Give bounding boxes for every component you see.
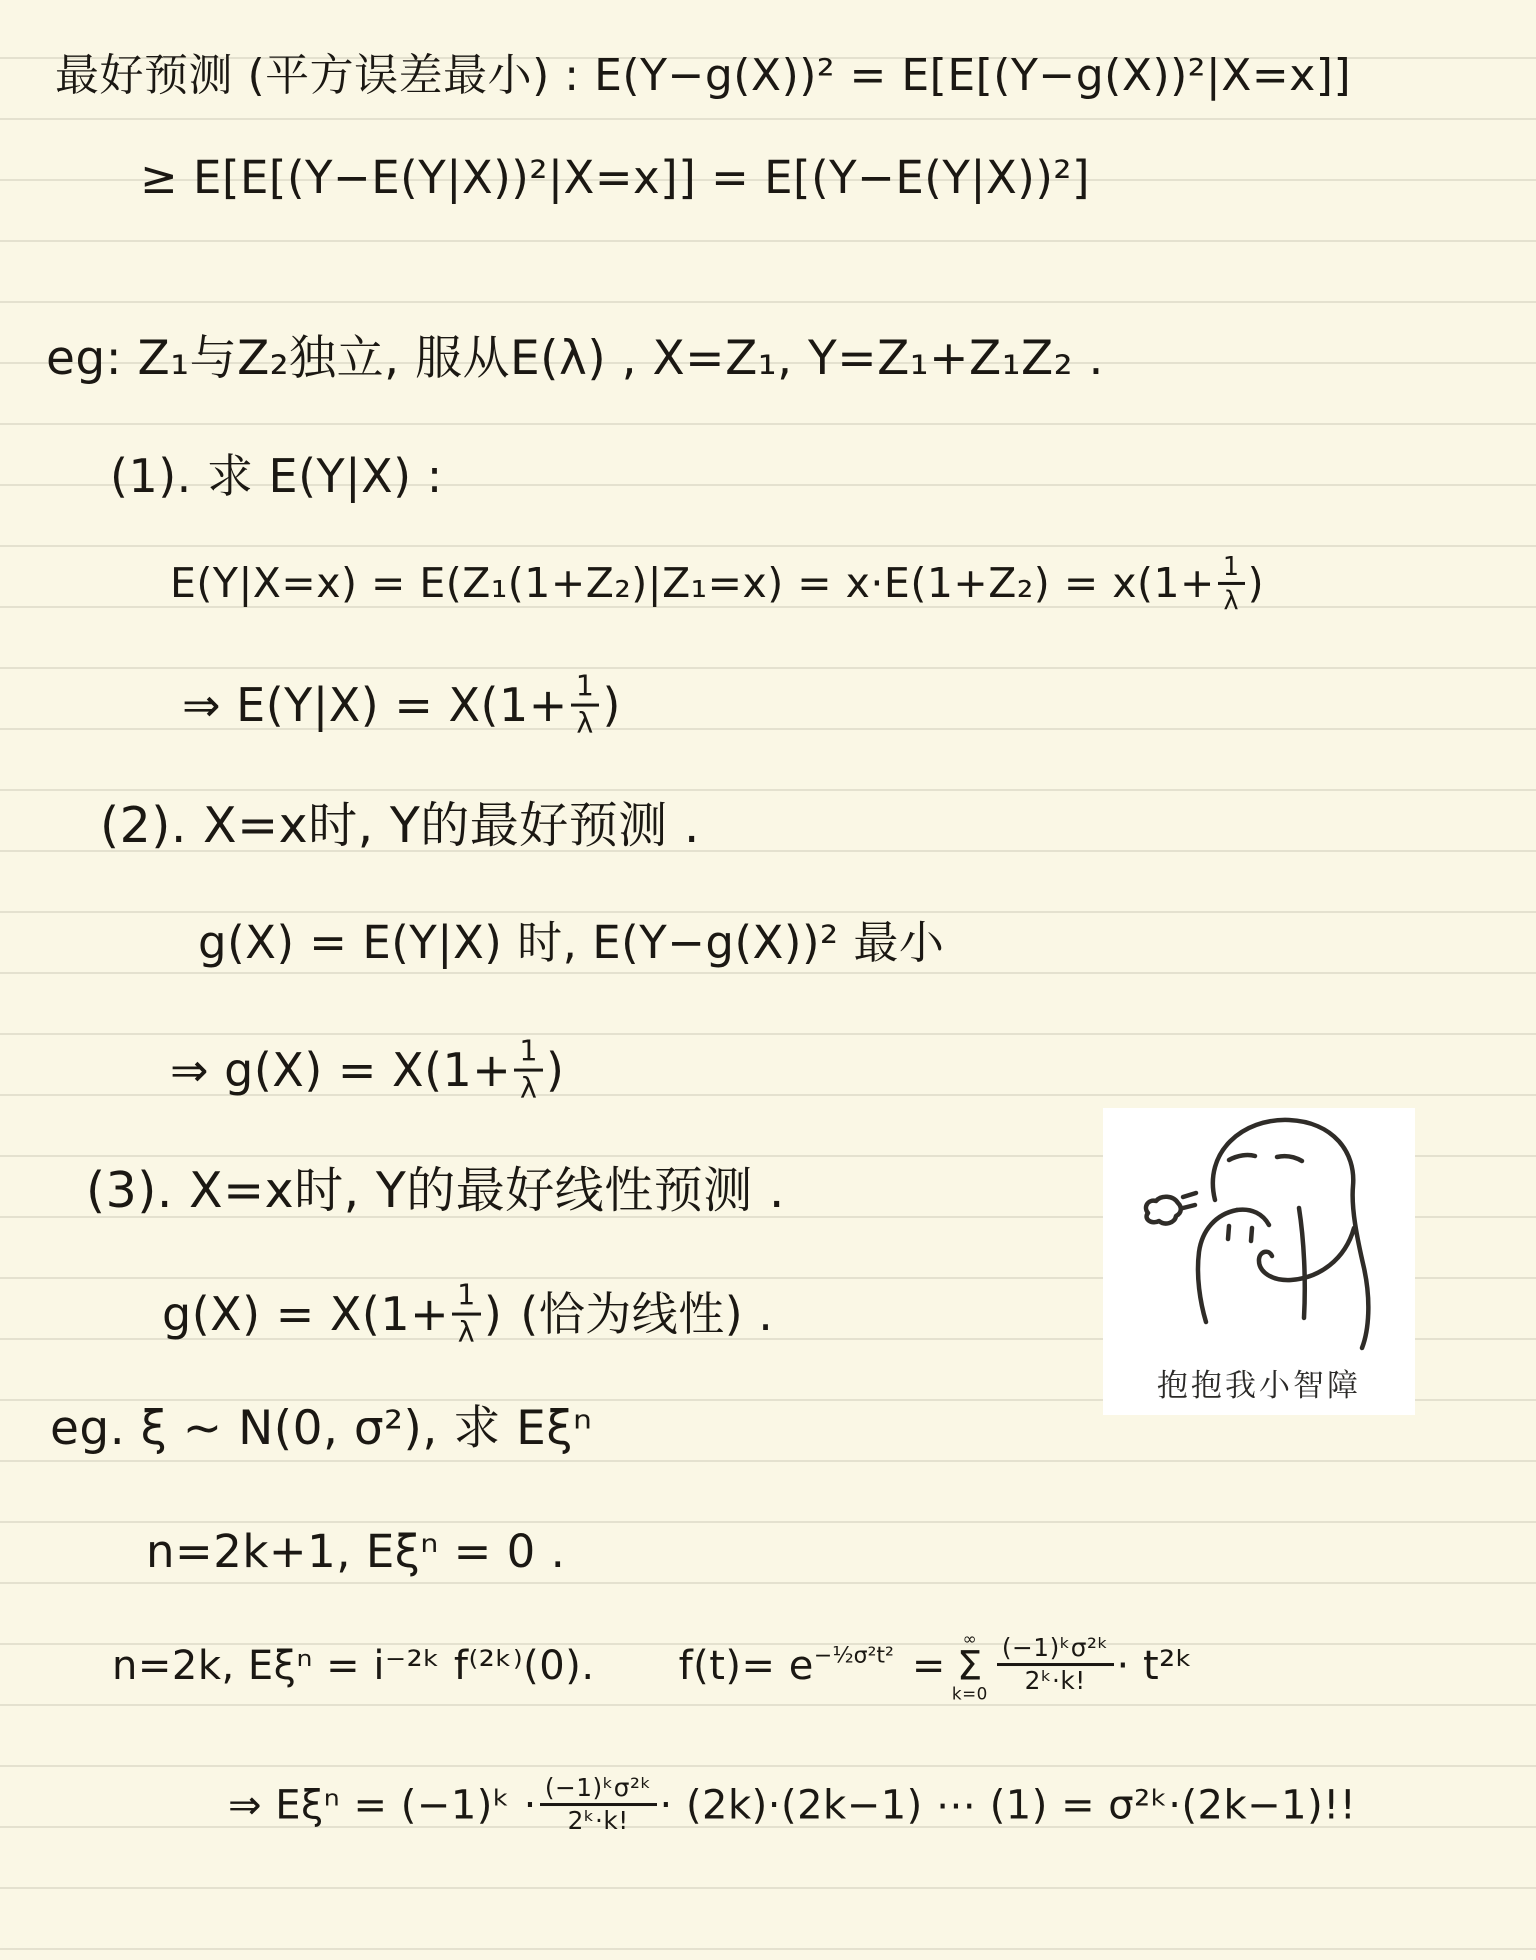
- big-blob-outline: [1213, 1120, 1369, 1348]
- fraction-numerator: (−1)ᵏσ²ᵏ: [997, 1635, 1114, 1666]
- formula-text: ): [1248, 559, 1265, 607]
- final-result-line: ⇒ Eξⁿ = (−1)ᵏ ·(−1)ᵏσ²ᵏ2ᵏ·k!· (2k)·(2k−1…: [228, 1778, 1356, 1837]
- fraction-numerator: 1: [452, 1281, 481, 1316]
- formula-text: ): [546, 1043, 564, 1097]
- hug-sticker: 抱抱我小智障: [1103, 1108, 1415, 1415]
- small-blob-head-top: [1237, 1210, 1269, 1225]
- fraction-one-over-lambda: 1λ: [1218, 553, 1245, 613]
- formula-text: f(t)= e: [679, 1643, 814, 1689]
- inequality-line: ≥ E[E[(Y−E(Y|X))²|X=x]] = E[(Y−E(Y|X))²]: [140, 150, 1090, 206]
- fraction-denominator: λ: [1223, 585, 1239, 614]
- formula-text: ): [484, 1287, 502, 1341]
- fraction-denominator: λ: [458, 1316, 475, 1348]
- formula-text: (1). 求 E(Y|X) :: [110, 449, 443, 503]
- series-term-fraction: (−1)ᵏσ²ᵏ2ᵏ·k!: [997, 1635, 1114, 1694]
- fraction-numerator: 1: [1218, 553, 1245, 585]
- formula-text: (3). X=x时, Y的最好线性预测 .: [86, 1162, 785, 1219]
- part2-heading: (2). X=x时, Y的最好预测 .: [100, 795, 700, 856]
- series-term-fraction: (−1)ᵏσ²ᵏ2ᵏ·k!: [540, 1775, 657, 1834]
- formula-text: g(X) = X(1+: [162, 1287, 449, 1341]
- part3-heading: (3). X=x时, Y的最好线性预测 .: [86, 1160, 785, 1221]
- small-blob-left-eye: [1228, 1226, 1229, 1239]
- formula-text: ⇒ E(Y|X) = X(1+: [182, 678, 568, 732]
- formula-text: ⇒ g(X) = X(1+: [170, 1043, 511, 1097]
- formula-text: ≥ E[E[(Y−E(Y|X))²|X=x]] = E[(Y−E(Y|X))²]: [140, 151, 1090, 204]
- fraction-one-over-lambda: 1λ: [514, 1037, 543, 1104]
- example2-setup-line: eg. ξ ~ N(0, σ²), 求 Eξⁿ: [50, 1400, 592, 1459]
- example1-setup-line: eg: Z₁与Z₂独立, 服从E(λ) , X=Z₁, Y=Z₁+Z₁Z₂ .: [46, 330, 1104, 389]
- fraction-denominator: λ: [520, 1072, 537, 1104]
- formula-text: n=2k+1, Eξⁿ = 0 .: [146, 1525, 565, 1578]
- title-formula-line: 最好预测 (平方误差最小) : E(Y−g(X))² = E[E[(Y−g(X)…: [55, 48, 1351, 103]
- fraction-denominator: λ: [576, 707, 593, 739]
- formula-text: g(X) = E(Y|X) 时, E(Y−g(X))² 最小: [198, 916, 944, 969]
- summation-lower-limit: k=0: [952, 1685, 988, 1702]
- sigma-symbol: Σ: [957, 1647, 983, 1685]
- sigh-dash-top: [1183, 1193, 1196, 1197]
- fraction-one-over-lambda: 1λ: [452, 1281, 481, 1348]
- sigh-puff-cloud: [1146, 1197, 1181, 1224]
- fraction-denominator: 2ᵏ·k!: [1025, 1666, 1086, 1694]
- big-blob-right-eye: [1277, 1156, 1302, 1161]
- part1-result-line: ⇒ E(Y|X) = X(1+1λ): [182, 675, 621, 742]
- small-blob-right-eye: [1251, 1228, 1252, 1241]
- formula-text: ⇒ Eξⁿ = (−1)ᵏ ·: [228, 1783, 537, 1829]
- exponent-text: −½σ²t²: [814, 1643, 894, 1668]
- formula-text: (恰为线性) .: [520, 1287, 773, 1341]
- formula-text: eg: Z₁与Z₂独立, 服从E(λ) , X=Z₁, Y=Z₁+Z₁Z₂ .: [46, 331, 1104, 386]
- formula-text: ): [602, 678, 620, 732]
- formula-text: · (2k)·(2k−1) ⋯ (1) = σ²ᵏ·(2k−1)!!: [660, 1783, 1357, 1829]
- formula-text: (2). X=x时, Y的最好预测 .: [100, 797, 700, 854]
- formula-text: E(Y|X=x) = E(Z₁(1+Z₂)|Z₁=x) = x·E(1+Z₂) …: [170, 559, 1215, 607]
- fraction-one-over-lambda: 1λ: [571, 672, 600, 739]
- odd-case-line: n=2k+1, Eξⁿ = 0 .: [146, 1524, 565, 1580]
- formula-text: n=2k, Eξⁿ = i⁻²ᵏ f⁽²ᵏ⁾(0).: [112, 1643, 595, 1689]
- part1-derivation-line: E(Y|X=x) = E(Z₁(1+Z₂)|Z₁=x) = x·E(1+Z₂) …: [170, 556, 1264, 616]
- fraction-denominator: 2ᵏ·k!: [568, 1806, 629, 1834]
- part2-statement-line: g(X) = E(Y|X) 时, E(Y−g(X))² 最小: [198, 915, 944, 971]
- part1-heading: (1). 求 E(Y|X) :: [110, 448, 443, 506]
- big-blob-front-line: [1299, 1208, 1305, 1318]
- sigh-dash-bottom: [1183, 1205, 1195, 1208]
- big-blob-left-eye: [1229, 1155, 1255, 1160]
- part3-result-line: g(X) = X(1+1λ)(恰为线性) .: [162, 1284, 773, 1351]
- formula-text: · t²ᵏ: [1117, 1643, 1194, 1689]
- notebook-page: 最好预测 (平方误差最小) : E(Y−g(X))² = E[E[(Y−g(X)…: [0, 0, 1536, 1960]
- fraction-numerator: 1: [514, 1037, 543, 1072]
- sticker-caption: 抱抱我小智障: [1103, 1360, 1415, 1405]
- fraction-numerator: 1: [571, 672, 600, 707]
- fraction-numerator: (−1)ᵏσ²ᵏ: [540, 1775, 657, 1806]
- formula-text: eg. ξ ~ N(0, σ²), 求 Eξⁿ: [50, 1401, 592, 1456]
- part2-result-line: ⇒ g(X) = X(1+1λ): [170, 1040, 564, 1107]
- summation-symbol: ∞Σk=0: [952, 1630, 988, 1702]
- formula-text: 最好预测 (平方误差最小) : E(Y−g(X))² = E[E[(Y−g(X)…: [55, 50, 1351, 101]
- even-case-line: n=2k, Eξⁿ = i⁻²ᵏ f⁽²ᵏ⁾(0).f(t)= e−½σ²t²=…: [112, 1632, 1193, 1704]
- formula-text: =: [912, 1643, 946, 1689]
